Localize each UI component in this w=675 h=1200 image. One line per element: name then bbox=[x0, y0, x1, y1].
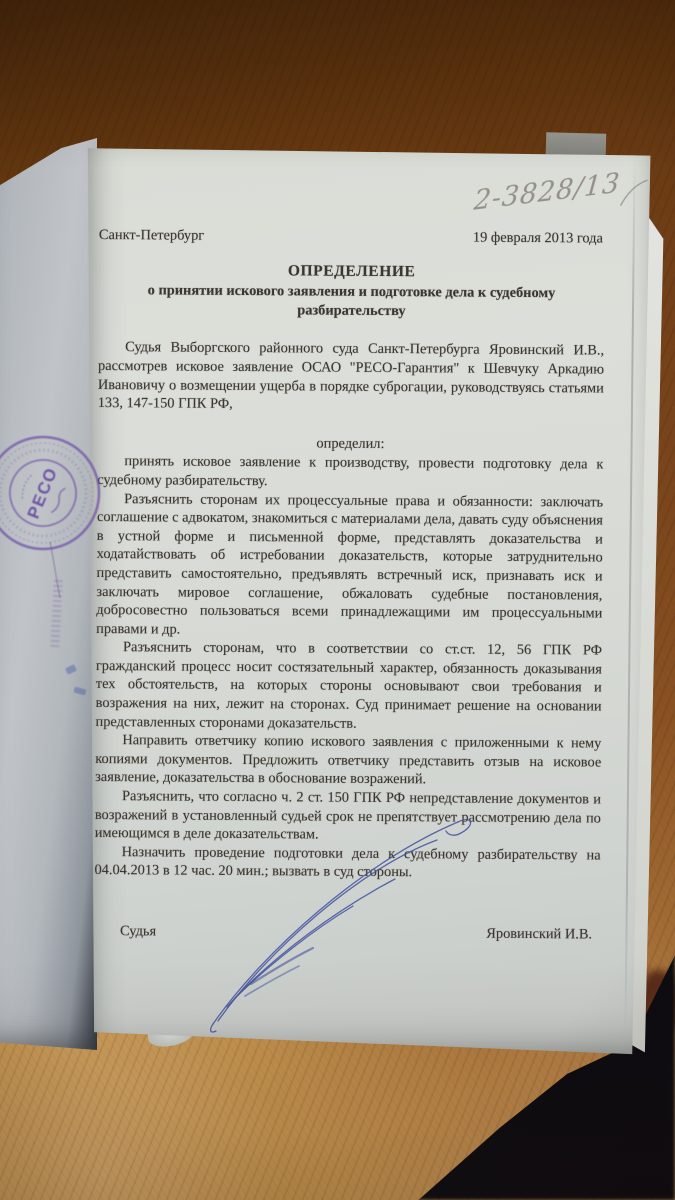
svg-text:2-3828/13: 2-3828/13 bbox=[472, 168, 622, 217]
resolved-label: определил: bbox=[97, 433, 603, 455]
document-paragraph: Направить ответчику копию искового заявл… bbox=[95, 731, 601, 790]
intro-paragraph: Судья Выборгского районного суда Санкт-П… bbox=[98, 338, 605, 416]
document-paragraph: Разъяснить сторонам их процессуальные пр… bbox=[96, 490, 603, 642]
judge-name: Яровинский И.В. bbox=[486, 925, 592, 944]
city-label: Санкт-Петербург bbox=[99, 226, 204, 245]
judge-label: Судья bbox=[120, 922, 156, 941]
document-subtitle: о принятии искового заявления и подготов… bbox=[120, 281, 582, 321]
signature-autograph bbox=[195, 812, 485, 1037]
photo-scene: Санкт-Петербург 19 февраля 2013 года ОПР… bbox=[0, 0, 675, 1200]
document-paragraph: принять исковое заявление к производству… bbox=[97, 452, 603, 493]
document-title: ОПРЕДЕЛЕНИЕ bbox=[99, 261, 605, 283]
page-fold-line bbox=[624, 158, 635, 1037]
stamp-center-text: РЕСО bbox=[24, 464, 62, 521]
document-paragraph: Разъяснить сторонам, что в соответствии … bbox=[95, 638, 602, 734]
